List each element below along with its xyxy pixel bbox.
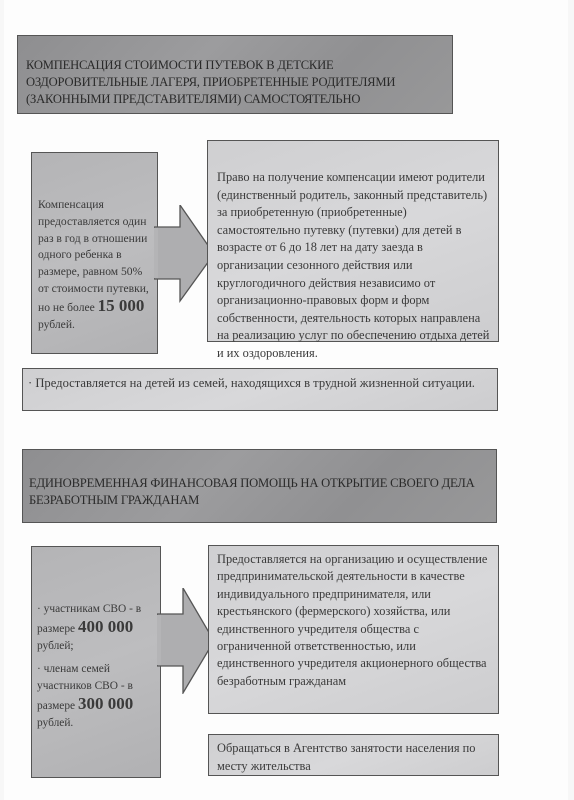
section1-title-box: КОМПЕНСАЦИЯ СТОИМОСТИ ПУТЕВОК В ДЕТСКИЕ … (17, 35, 453, 114)
amount-value-participants: 400 000 (78, 617, 133, 636)
section1-title: КОМПЕНСАЦИЯ СТОИМОСТИ ПУТЕВОК В ДЕТСКИЕ … (26, 57, 444, 108)
document-page: КОМПЕНСАЦИЯ СТОИМОСТИ ПУТЕВОК В ДЕТСКИЕ … (4, 0, 568, 800)
section1-note-box: · Предоставляется на детей из семей, нах… (22, 368, 498, 411)
amount-item-families: · членам семей участников СВО - в размер… (37, 661, 156, 732)
section1-amount-value: 15 000 (98, 296, 145, 315)
amount-item-participants: · участникам СВО - в размере 400 000 руб… (37, 601, 156, 655)
section2-title: ЕДИНОВРЕМЕННАЯ ФИНАНСОВАЯ ПОМОЩЬ НА ОТКР… (29, 475, 490, 509)
section2-contact: Обращаться в Агентство занятости населен… (217, 739, 490, 775)
amount-value-families: 300 000 (78, 694, 133, 713)
section1-amount-text: Компенсация предоставляется один раз в г… (38, 197, 153, 333)
section1-amount-box: Компенсация предоставляется один раз в г… (31, 152, 158, 354)
section2-amounts-box: · участникам СВО - в размере 400 000 руб… (31, 546, 161, 778)
section2-description: Предоставляется на организацию и осущест… (217, 551, 490, 690)
section1-description-box: Право на получение компенсации имеют род… (207, 140, 499, 342)
section1-note: · Предоставляется на детей из семей, нах… (28, 375, 491, 392)
section1-description: Право на получение компенсации имеют род… (217, 169, 490, 363)
section2-description-box: Предоставляется на организацию и осущест… (208, 545, 499, 714)
section2-contact-box: Обращаться в Агентство занятости населен… (208, 734, 499, 776)
section2-title-box: ЕДИНОВРЕМЕННАЯ ФИНАНСОВАЯ ПОМОЩЬ НА ОТКР… (22, 449, 497, 523)
